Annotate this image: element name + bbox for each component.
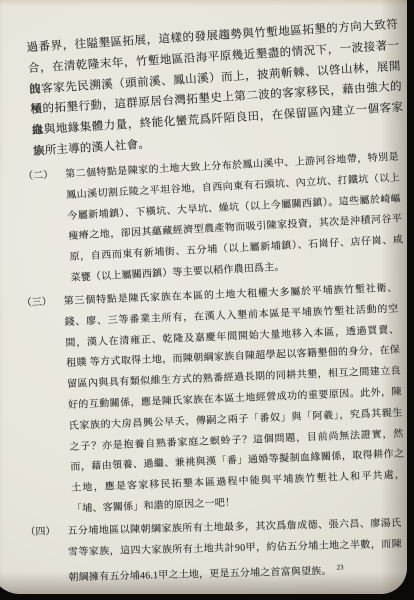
item-marker: （三） bbox=[21, 292, 52, 314]
footnote-ref: 23 bbox=[336, 563, 343, 571]
list-item: （二）第二個特點是陳家的土地大致上分布於鳳山溪中、上游河谷地帶，特別是鳳山溪切割… bbox=[65, 147, 405, 289]
item-marker: （二） bbox=[23, 165, 54, 187]
paragraph: 過番界，往隘墾區拓展，這樣的發展趨勢與竹塹地區拓墾的方向大致符合，在清乾隆末年，… bbox=[26, 15, 405, 163]
list-item: （四）五分埔地區以陳朝綱家族所有土地最多，其次爲詹成德、張六昌、廖湯氏雪等家族，… bbox=[67, 514, 402, 585]
scan-viewport: 過番界，往隘墾區拓展，這樣的發展趨勢與竹塹地區拓墾的方向大致符合，在清乾隆末年，… bbox=[0, 0, 414, 600]
text-block: 過番界，往隘墾區拓展，這樣的發展趨勢與竹塹地區拓墾的方向大致符合，在清乾隆末年，… bbox=[26, 38, 402, 587]
list-item: （三）第三個特點是陳氏家族在本區的土地大租權大多屬於平埔族竹塹社衛、錢、廖、三等… bbox=[63, 278, 406, 520]
item-marker: （四） bbox=[25, 523, 55, 545]
